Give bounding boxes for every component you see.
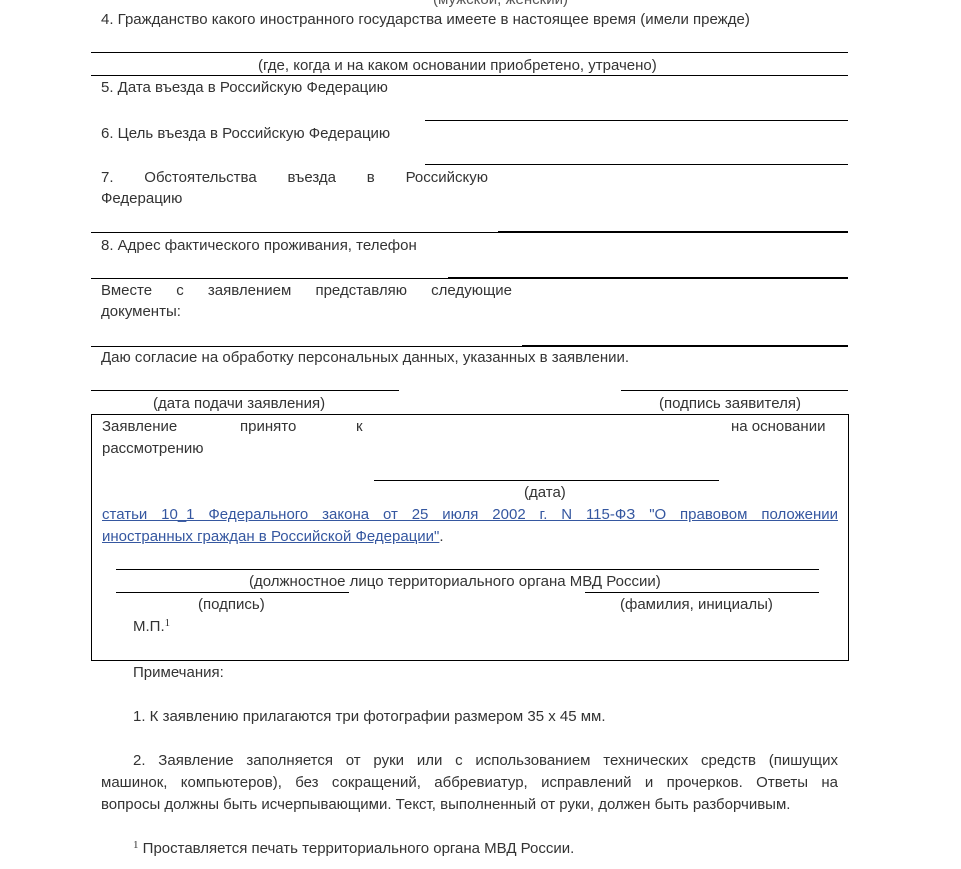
q4-answer-line[interactable] <box>91 52 848 53</box>
q8-label: 8. Адрес фактического проживания, телефо… <box>101 237 417 254</box>
q6-label: 6. Цель въезда в Российскую Федерацию <box>101 125 390 142</box>
official-initials-line[interactable] <box>585 592 819 593</box>
stamp-label: М.П.1 <box>133 618 170 635</box>
official-initials-caption: (фамилия, инициалы) <box>620 596 773 613</box>
application-date-caption: (дата подачи заявления) <box>153 395 325 412</box>
q4-label: 4. Гражданство какого иностранного госуд… <box>101 11 750 28</box>
footnote-mark: 1 <box>133 839 139 851</box>
documents-label-line2: документы: <box>101 303 181 320</box>
law-link-suffix: . <box>439 528 443 545</box>
notes-title: Примечания: <box>133 664 224 681</box>
documents-left-line <box>91 346 522 347</box>
official-signature-caption: (подпись) <box>198 596 265 613</box>
q7-label-line1: 7. Обстоятельства въезда в Российскую <box>101 169 488 186</box>
basis-text: на основании <box>731 418 825 435</box>
footnote-ref[interactable]: 1 <box>165 617 171 629</box>
q7-label-line2: Федерацию <box>101 190 182 207</box>
official-signature-line[interactable] <box>116 592 349 593</box>
q5-label: 5. Дата въезда в Российскую Федерацию <box>101 79 388 96</box>
consent-text: Даю согласие на обработку персональных д… <box>101 349 629 366</box>
documents-answer-line[interactable] <box>522 345 848 347</box>
q5-answer-line[interactable] <box>425 120 848 121</box>
q6-answer-line[interactable] <box>425 164 848 165</box>
official-caption: (должностное лицо территориального орган… <box>249 573 661 590</box>
applicant-signature-caption: (подпись заявителя) <box>659 395 801 412</box>
q4-caption: (где, когда и на каком основании приобре… <box>258 57 657 74</box>
note-2-line2: машинок, компьютеров), без сокращений, а… <box>101 774 838 791</box>
q4-bottom-line <box>91 75 848 76</box>
note-1: 1. К заявлению прилагаются три фотографи… <box>133 708 606 725</box>
q7-left-line <box>91 232 498 233</box>
q7-answer-line[interactable] <box>498 231 848 233</box>
law-link-line2[interactable]: иностранных граждан в Российской Федерац… <box>102 528 439 545</box>
accepted-word-2: принято <box>240 418 296 435</box>
law-link-line2-wrap: иностранных граждан в Российской Федерац… <box>102 528 444 545</box>
documents-label-line1: Вместе с заявлением представляю следующи… <box>101 282 512 299</box>
footnote-text: Проставляется печать территориального ор… <box>143 840 575 857</box>
applicant-signature-line[interactable] <box>621 390 848 391</box>
application-date-line[interactable] <box>91 390 399 391</box>
gender-caption-cut: (мужской, женский) <box>433 0 568 8</box>
official-name-line[interactable] <box>116 569 819 570</box>
law-link-line1[interactable]: статьи 10_1 Федерального закона от 25 ию… <box>102 506 838 523</box>
acceptance-date-line[interactable] <box>374 480 719 481</box>
accepted-word-3: к <box>356 418 363 435</box>
accepted-word-1: Заявление <box>102 418 177 435</box>
stamp-text: М.П. <box>133 618 165 635</box>
q8-left-line <box>91 278 448 279</box>
q8-answer-line[interactable] <box>448 277 848 279</box>
note-2-line1: 2. Заявление заполняется от руки или с и… <box>133 752 838 769</box>
law-link[interactable]: статьи 10_1 Федерального закона от 25 ию… <box>102 506 838 523</box>
review-text: рассмотрению <box>102 440 203 457</box>
acceptance-date-caption: (дата) <box>524 484 566 501</box>
note-2-line3: вопросы должны быть исчерпывающими. Текс… <box>101 796 790 813</box>
footnote-1: 1 Проставляется печать территориального … <box>133 840 574 857</box>
